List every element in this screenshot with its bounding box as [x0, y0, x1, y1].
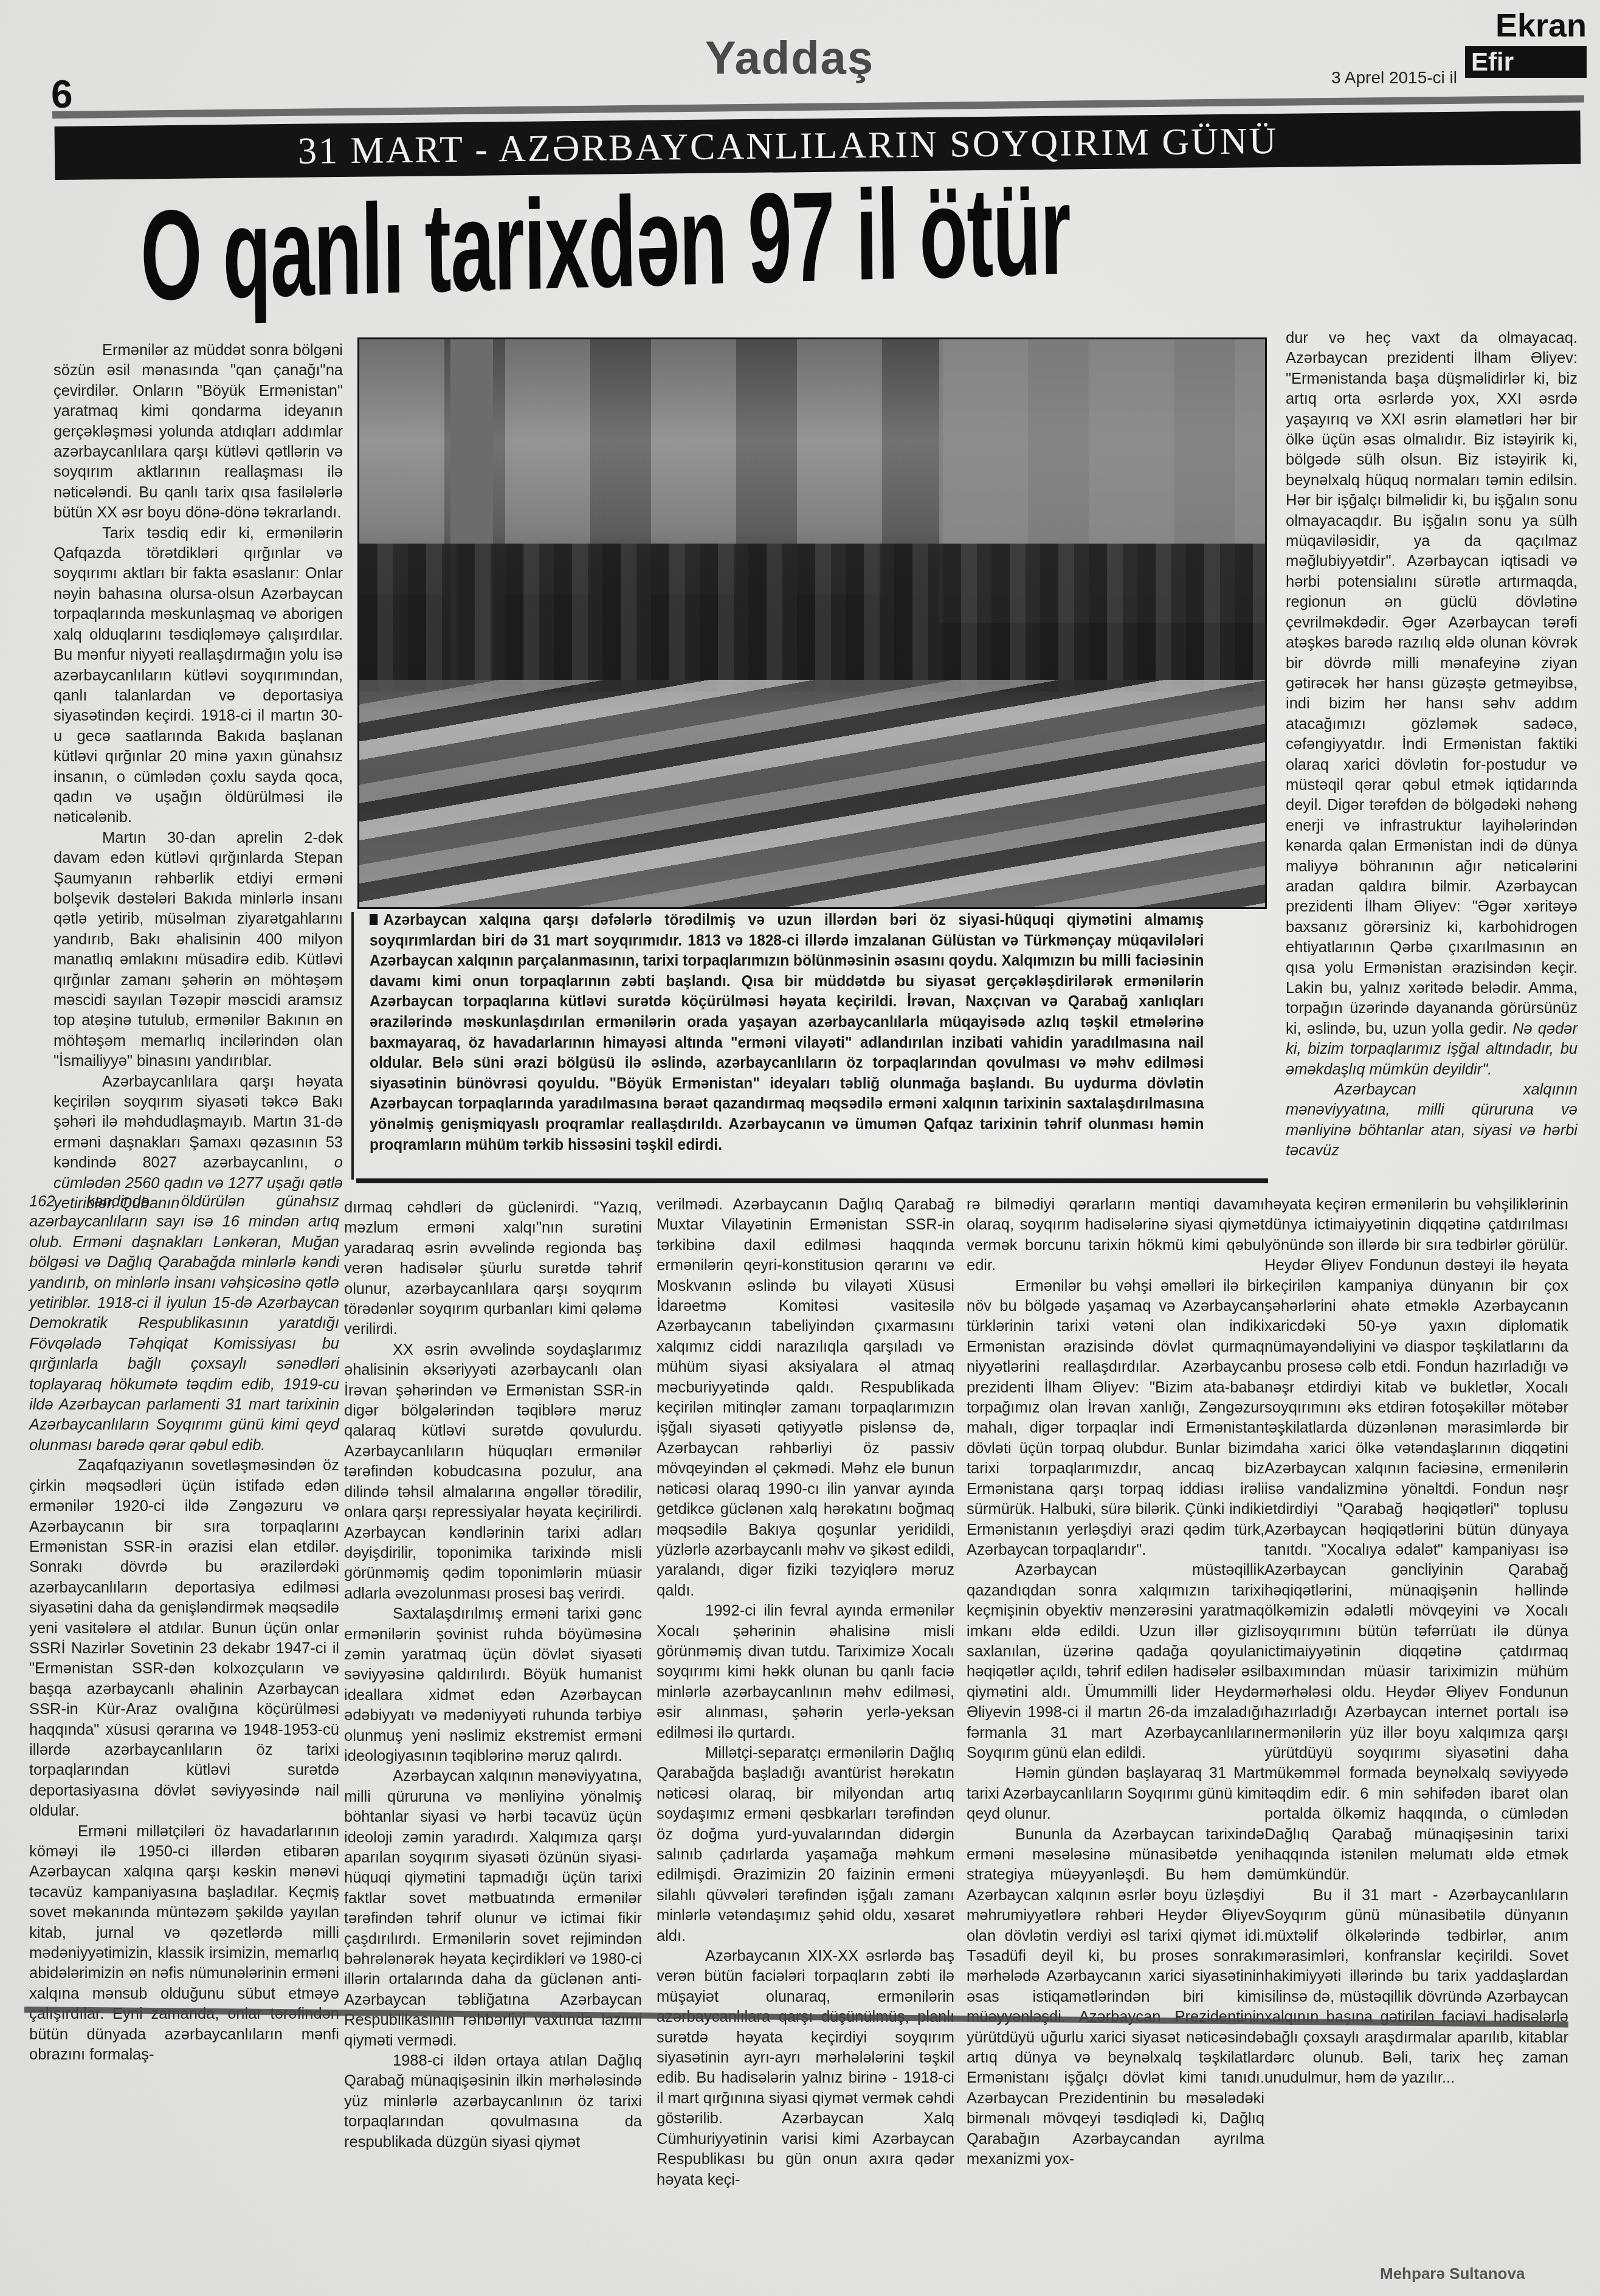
paragraph: Erməni millətçiləri öz havadarlarının kö…: [29, 1822, 339, 2066]
caption-rule: [356, 1178, 1268, 1183]
column-divider: [351, 912, 354, 1180]
paragraph: Bu il 31 mart - Azərbaycanlıların Soyqır…: [1264, 1886, 1568, 2089]
paragraph: 162 kəndində öldürülən günahsız azərbayc…: [29, 1192, 339, 1456]
column-bottom-1: 162 kəndində öldürülən günahsız azərbayc…: [29, 1192, 339, 2065]
issue-date: 3 Aprel 2015-ci il: [1331, 68, 1457, 88]
paragraph: Millətçi-separatçı ermənilərin Dağlıq Qa…: [657, 1743, 954, 1946]
paragraph-text: dur və heç vaxt da olmayacaq. Azərbaycan…: [1286, 330, 1578, 1037]
paragraph: Ermənilər bu vəhşi əməlləri ilə bir növ …: [967, 1276, 1264, 1561]
paragraph: Tarix təsdiq edir ki, ermənilərin Qafqaz…: [53, 524, 343, 828]
historical-photo: [357, 337, 1267, 909]
paragraph: 1992-ci ilin fevral ayında ermənilər Xoc…: [657, 1601, 954, 1743]
column-bottom-3: verilmədi. Azərbaycanın Dağlıq Qarabağ M…: [657, 1195, 954, 2190]
column-left-top: Ermənilər az müddət sonra bölgəni sözün …: [53, 341, 343, 1214]
photo-crowd: [359, 544, 1265, 691]
logo-efir: Efir: [1465, 46, 1587, 78]
paragraph: 1988-ci ildən ortaya atılan Dağlıq Qarab…: [344, 2051, 642, 2152]
author-byline: Mehparə Sultanova: [1380, 2264, 1525, 2283]
column-right-top: dur və heç vaxt da olmayacaq. Azərbaycan…: [1286, 328, 1578, 1161]
column-bottom-5: həyata keçirən ermənilərin bu vəhşiliklə…: [1264, 1195, 1568, 2089]
paragraph-italic: Azərbaycan xalqının mənəviyyatına, milli…: [1286, 1080, 1578, 1161]
paragraph: Azərbaycan xalqının mənəviyyatına, milli…: [344, 1766, 642, 2051]
photo-caption: Azərbaycan xalqına qarşı dəfələrlə törəd…: [370, 910, 1204, 1155]
paragraph: Azərbaycan müstəqillik qazandıqdan sonra…: [967, 1560, 1264, 1763]
logo-ekran: Ekran: [1465, 9, 1587, 43]
section-name: Yaddaş: [705, 32, 874, 85]
paragraph: Zaqafqaziyanın sovetləşməsindən öz çirki…: [29, 1456, 339, 1821]
paragraph: dur və heç vaxt da olmayacaq. Azərbaycan…: [1286, 328, 1578, 1080]
paragraph: Həmin gündən başlayaraq 31 Mart tarixi A…: [967, 1763, 1264, 1824]
photo-ground: [359, 680, 1265, 907]
paragraph-text: Azərbaycanlılara qarşı həyata keçirilən …: [53, 1073, 343, 1172]
bullet-icon: [370, 914, 378, 925]
caption-text: Azərbaycan xalqına qarşı dəfələrlə törəd…: [370, 910, 1204, 1153]
paragraph: verilmədi. Azərbaycanın Dağlıq Qarabağ M…: [657, 1195, 954, 1601]
paragraph: XX əsrin əvvəlində soydaşlarımız əhalisi…: [344, 1340, 642, 1604]
paragraph: Martın 30-dan aprelin 2-dək davam edən k…: [53, 828, 343, 1072]
article-headline: O qanlı tarixdən 97 il ötür: [140, 156, 1071, 330]
paragraph: dırmaq cəhdləri də güclənirdi. "Yazıq, m…: [344, 1198, 642, 1340]
newspaper-logo: Ekran Efir: [1465, 9, 1587, 78]
paragraph: Saxtalaşdırılmış erməni tarixi gənc ermə…: [344, 1604, 642, 1766]
newspaper-page: 6 Yaddaş 3 Aprel 2015-ci il Ekran Efir 3…: [0, 0, 1600, 2296]
paragraph: həyata keçirən ermənilərin bu vəhşiliklə…: [1264, 1195, 1568, 1886]
paragraph: Ermənilər az müddət sonra bölgəni sözün …: [53, 341, 343, 524]
paragraph: Azərbaycanın XIX-XX əsrlərdə baş verən b…: [657, 1946, 954, 2190]
page-number: 6: [51, 72, 73, 117]
column-bottom-2: dırmaq cəhdləri də güclənirdi. "Yazıq, m…: [344, 1198, 642, 2152]
paragraph: Bununla da Azərbaycan tarixində erməni m…: [967, 1825, 1264, 2170]
paragraph: rə bilmədiyi qərarların məntiqi davamı o…: [967, 1195, 1264, 1276]
